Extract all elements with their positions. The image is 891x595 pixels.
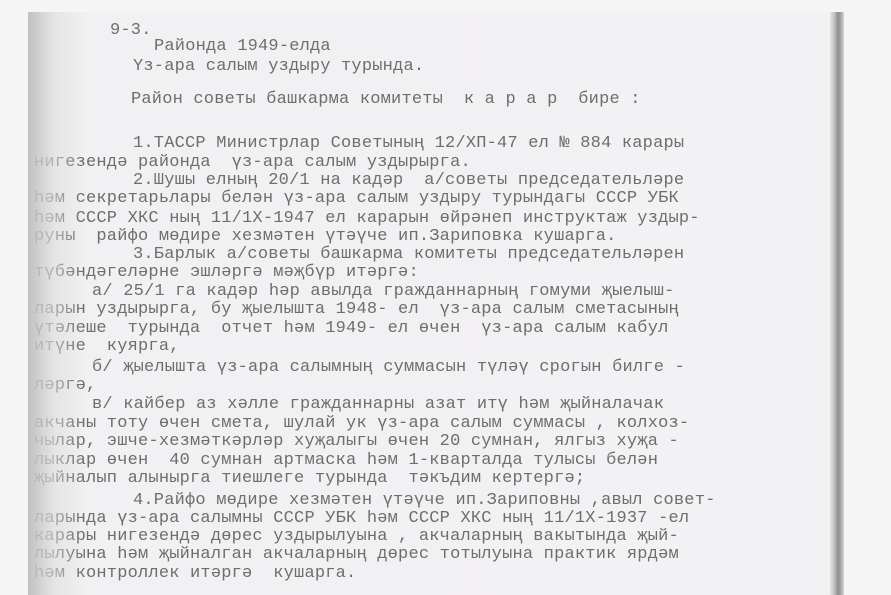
body-line: руны райфо мөдире хезмәтен үтәүче ип.Зар… — [34, 227, 617, 247]
body-line: карары нигезендә дөрес уздырылуына , акч… — [34, 527, 679, 547]
document-preamble: Район советы башкарма комитеты к а р а р… — [131, 90, 641, 110]
document-number: 9-3. — [110, 21, 152, 41]
body-line: җыйналып алынырга тиешлеге турында тәкъд… — [34, 469, 585, 489]
document-title-line-1: Районда 1949-елда — [154, 37, 331, 57]
body-line: ләргә, — [34, 376, 96, 396]
body-line: акчаны тоту өчен смета, шулай ук үз-ара … — [34, 414, 689, 434]
body-line: 3.Барлык а/советы башкарма комитеты пред… — [133, 245, 684, 265]
body-line: түбәндәгеләрне эшләргә мәҗбүр итәргә: — [34, 263, 419, 283]
body-line: һәм СССР ХКС ның 11/1Х-1947 ел карарын ө… — [34, 209, 700, 229]
document-title-line-2: Үз-ара салым уздыру турында. — [133, 57, 424, 77]
body-line: һәм контроллек итәргә кушарга. — [34, 564, 356, 584]
body-line: һәм секретарьлары белән үз-ара салым узд… — [34, 189, 679, 209]
body-line: а/ 25/1 га кадәр һәр авылда гражданнарны… — [92, 282, 675, 302]
document-text: 9-3. Районда 1949-елда Үз-ара салым узды… — [28, 12, 844, 595]
body-line: итүне куярга, — [34, 337, 180, 357]
scanned-document: 9-3. Районда 1949-елда Үз-ара салым узды… — [0, 0, 891, 595]
body-line: чылар, эшче-хезмәткәрләр хуҗалыгы өчен 2… — [34, 432, 679, 452]
body-line: лыклар өчен 40 сумнан артмаска һәм 1-ква… — [34, 451, 658, 471]
body-line: ларын уздырырга, бу җыелышта 1948- ел үз… — [34, 300, 679, 320]
body-line: 1.ТАССР Министрлар Советының 12/ХП-47 ел… — [133, 134, 684, 154]
body-line: лылуына һәм җыйналган акчаларның дөрес т… — [34, 545, 679, 565]
typewritten-page: 9-3. Районда 1949-елда Үз-ара салым узды… — [28, 12, 844, 595]
body-line: 2.Шушы елның 20/1 на кадәр а/советы пред… — [133, 171, 684, 191]
body-line: 4.Райфо мөдире хезмәтен үтәүче ип.Зарипо… — [133, 491, 716, 511]
body-line: үтәлеше турында отчет һәм 1949- ел өчен … — [34, 319, 669, 339]
body-line: ларында үз-ара салымны СССР УБК һәм СССР… — [34, 509, 689, 529]
body-line: нигезендә районда үз-ара салым уздырырга… — [34, 153, 471, 173]
body-line: б/ җыелышта үз-ара салымның суммасын түл… — [92, 358, 685, 378]
body-line: в/ кайбер аз хәлле гражданнарны азат итү… — [92, 395, 664, 415]
